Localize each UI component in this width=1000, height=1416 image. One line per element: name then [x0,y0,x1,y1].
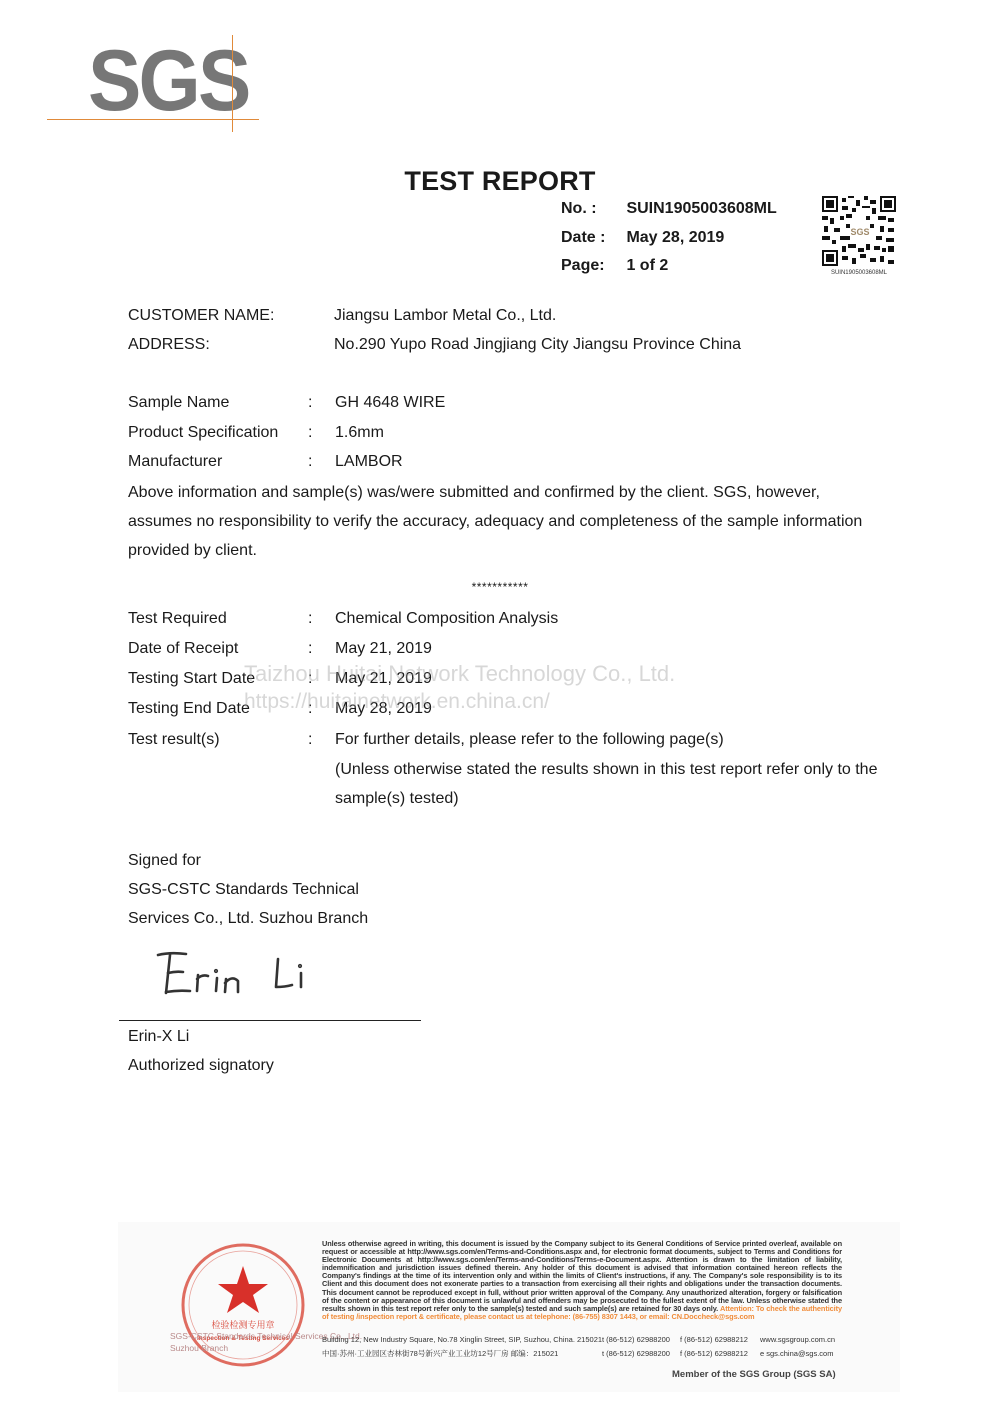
logo-horizontal-rule [47,119,259,120]
signed-for-label: Signed for [128,846,368,875]
separator: : [308,424,335,442]
test-results-row: Test result(s):For further details, plea… [128,731,724,749]
product-spec-label: Product Specification [128,424,308,442]
address-cn: 中国·苏州·工业园区杏林街78号新兴产业工业坊12号厂房 邮编：215021 [322,1348,602,1359]
footer-tel: t (86-512) 62988200 [602,1349,680,1358]
manufacturer-value: LAMBOR [335,453,403,470]
svg-text:SGS: SGS [850,227,869,237]
sample-name-row: Sample Name:GH 4648 WIRE [128,394,445,412]
sample-disclaimer: Above information and sample(s) was/were… [128,478,888,565]
report-page-label: Page: [561,257,622,275]
customer-name-row: CUSTOMER NAME:Jiangsu Lambor Metal Co., … [128,307,556,325]
test-required-value: Chemical Composition Analysis [335,610,558,627]
separator: : [308,394,335,412]
address-label: ADDRESS: [128,336,334,354]
qr-caption: SUIN1905003608ML [818,270,900,276]
manufacturer-row: Manufacturer:LAMBOR [128,453,403,471]
footer-website[interactable]: www.sgsgroup.com.cn [760,1335,835,1344]
report-date: Date : May 28, 2019 [561,229,724,247]
watermark-company: Taizhou Huitai Network Technology Co., L… [244,661,675,687]
address-en: Building 12, New Industry Square, No.78 … [322,1335,602,1344]
customer-name-label: CUSTOMER NAME: [128,307,334,325]
footer-email[interactable]: e sgs.china@sgs.com [760,1349,833,1358]
separator: : [308,453,335,471]
product-spec-row: Product Specification:1.6mm [128,424,384,442]
manufacturer-label: Manufacturer [128,453,308,471]
separator: : [308,640,335,658]
test-required-row: Test Required:Chemical Composition Analy… [128,610,558,628]
test-required-label: Test Required [128,610,308,628]
signatory-name: Erin-X Li [128,1022,274,1051]
signature-line [119,1020,421,1021]
footer-address-cn: 中国·苏州·工业园区杏林街78号新兴产业工业坊12号厂房 邮编：215021t … [322,1348,833,1359]
footer-fax: f (86-512) 62988212 [680,1349,760,1358]
separator: : [308,610,335,628]
product-spec-value: 1.6mm [335,424,384,441]
watermark-url: https://huitainetwork.en.china.cn/ [244,690,550,714]
sgs-member-line: Member of the SGS Group (SGS SA) [672,1369,836,1380]
handwritten-signature [150,945,320,1005]
address-value: No.290 Yupo Road Jingjiang City Jiangsu … [334,336,741,353]
footer-address-en: Building 12, New Industry Square, No.78 … [322,1335,835,1344]
signatory-block: Erin-X Li Authorized signatory [128,1022,274,1080]
qr-code-icon: SGS [822,196,896,266]
date-of-receipt-value: May 21, 2019 [335,640,432,657]
section-divider: *********** [0,580,1000,594]
report-date-value: May 28, 2019 [626,229,724,246]
test-results-label: Test result(s) [128,731,308,749]
legal-disclaimer: Unless otherwise agreed in writing, this… [322,1240,842,1321]
test-results-value: For further details, please refer to the… [335,731,724,748]
report-title: TEST REPORT [0,166,1000,197]
customer-name-value: Jiangsu Lambor Metal Co., Ltd. [334,307,556,324]
signed-for-block: Signed for SGS-CSTC Standards Technical … [128,846,368,933]
signing-org-line1: SGS-CSTC Standards Technical [128,875,368,904]
test-results-note: (Unless otherwise stated the results sho… [335,755,895,813]
report-number: No. : SUIN1905003608ML [561,200,777,218]
report-page-value: 1 of 2 [626,257,668,274]
date-of-receipt-row: Date of Receipt:May 21, 2019 [128,640,432,658]
signing-org-line2: Services Co., Ltd. Suzhou Branch [128,904,368,933]
footer-tel: t (86-512) 62988200 [602,1335,680,1344]
legal-text: Unless otherwise agreed in writing, this… [322,1239,842,1313]
report-number-value: SUIN1905003608ML [626,200,776,217]
separator: : [308,731,335,749]
footer-fax: f (86-512) 62988212 [680,1335,760,1344]
address-row: ADDRESS:No.290 Yupo Road Jingjiang City … [128,336,741,354]
sample-name-label: Sample Name [128,394,308,412]
date-of-receipt-label: Date of Receipt [128,640,308,658]
report-number-label: No. : [561,200,622,218]
report-date-label: Date : [561,229,622,247]
report-page: Page: 1 of 2 [561,257,668,275]
signatory-title: Authorized signatory [128,1051,274,1080]
sample-name-value: GH 4648 WIRE [335,394,445,411]
sgs-logo: SGS [88,38,249,124]
logo-vertical-rule [232,35,233,132]
